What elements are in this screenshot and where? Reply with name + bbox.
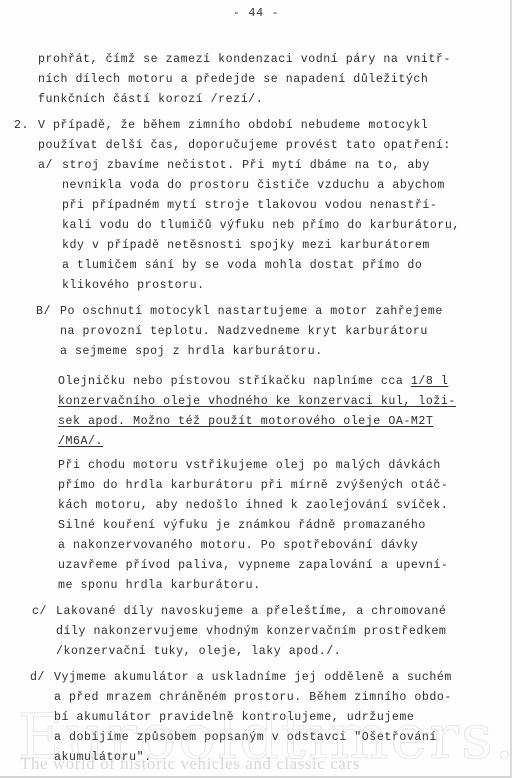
text-line: prohřát, čímž se zamezí kondenzaci vodní… <box>38 52 451 68</box>
text-line: při případném mytí stroje tlakovou vodou… <box>62 198 437 214</box>
text-line: stroj zbavíme nečistot. Při mytí dbáme n… <box>62 158 430 174</box>
text-line: díly nakonzervujeme vhodným konzervačním… <box>56 624 446 640</box>
underlined-text-line: /M6A/. <box>58 434 103 450</box>
section-number: 2. <box>14 118 29 134</box>
text-line: akumulátoru". <box>54 750 152 766</box>
text-line: ních dílech motoru a předejde se napaden… <box>38 72 428 88</box>
text-line: /konzervační tuky, oleje, laky apod./. <box>56 644 341 660</box>
text-line: Olejničku nebo pístovou stříkačku naplní… <box>58 374 448 390</box>
text-line: nevnikla voda do prostoru čističe vzduch… <box>62 178 445 194</box>
text-line: a sejmeme spoj z hrdla karburátoru. <box>60 344 323 360</box>
text-line: a nakonzervovaného motoru. Po spotřebová… <box>58 538 418 554</box>
oil-quantity-underlined: 1/8 l <box>411 375 449 388</box>
underlined-text-line: konzervačního oleje vhodného ke konzerva… <box>58 394 456 410</box>
text-line: a před mrazem chráněném prostoru. Během … <box>54 690 452 706</box>
oil-instruction-text: Olejničku nebo pístovou stříkačku naplní… <box>58 375 411 388</box>
text-line: bí akumulátor pravidelně kontrolujeme, u… <box>54 710 414 726</box>
item-marker: a/ <box>38 158 53 174</box>
text-line: Při chodu motoru vstřikujeme olej po mal… <box>58 458 441 474</box>
item-marker: c/ <box>32 604 47 620</box>
text-line: kali vodu do tlumičů výfuku neb přímo do… <box>62 218 460 234</box>
page-number: - 44 - <box>0 6 512 20</box>
text-line: uzavřeme přívod paliva, vypneme zapalová… <box>58 558 448 574</box>
text-line: a dobíjíme způsobem popsaným v odstavci … <box>54 730 437 746</box>
text-line: používat delší čas, doporučujeme provést… <box>38 138 451 154</box>
text-line: kdy v případě netěsnosti spojky mezi kar… <box>62 238 430 254</box>
text-line: me sponu hrdla karburátoru. <box>58 578 261 594</box>
underlined-text-line: sek apod. Možno též použít motorového ol… <box>58 414 433 430</box>
text-line: na provozní teplotu. Nadzvedneme kryt ka… <box>60 324 428 340</box>
text-line: V případě, že během zimního období nebud… <box>38 118 428 134</box>
text-line: přímo do hrdla karburátoru při mírně zvý… <box>58 478 448 494</box>
text-line: funkčních částí korozí /rezí/. <box>38 92 263 108</box>
item-marker: d/ <box>30 670 45 686</box>
document-page: - 44 - prohřát, čímž se zamezí kondenzac… <box>0 0 512 778</box>
text-line: klikového prostoru. <box>62 278 205 294</box>
text-line: kách motoru, aby nedošlo ihned k zaolejo… <box>58 498 448 514</box>
text-line: Silné kouření výfuku je známkou řádně pr… <box>58 518 426 534</box>
item-marker: B/ <box>36 304 51 320</box>
text-line: a tlumičem sání by se voda mohla dostat … <box>62 258 422 274</box>
text-line: Lakované díly navoskujeme a přeleštíme, … <box>56 604 446 620</box>
text-line: Po oschnutí motocykl nastartujeme a moto… <box>60 304 443 320</box>
text-line: Vyjmeme akumulátor a uskladníme jej oddě… <box>54 670 452 686</box>
